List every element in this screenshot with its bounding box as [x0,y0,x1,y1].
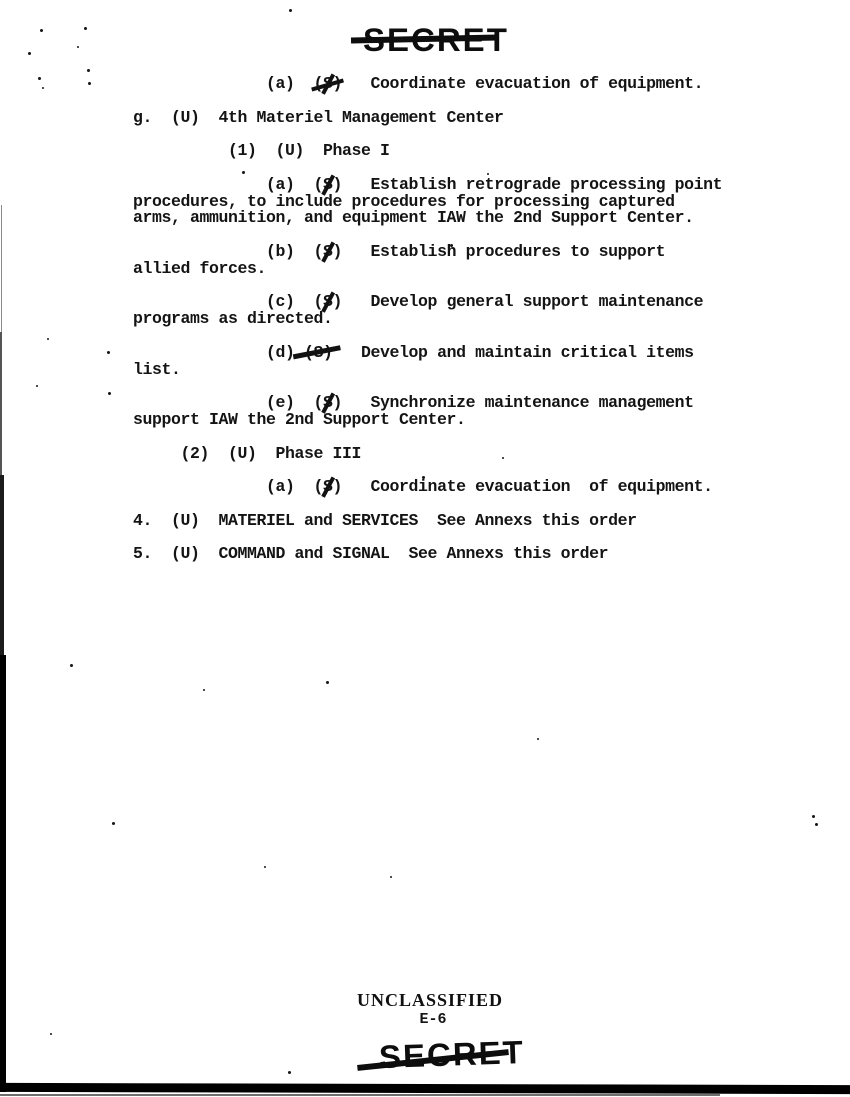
scan-edge-artifact [0,1094,720,1096]
text-segment: support IAW the 2nd Support Center. [133,410,466,429]
scan-noise-dot [38,77,41,80]
scan-noise-dot [108,392,111,395]
scan-noise-dot [242,171,245,174]
scan-noise-dot [42,87,44,89]
text-segment: (2) (U) Phase III [133,444,361,463]
text-segment: Coordinate evacuation of equipment. [342,477,713,496]
text-segment: 4. (U) MATERIEL and SERVICES See Annexs … [133,511,637,530]
document-line: (d) (S) Develop and maintain critical it… [133,345,830,362]
scan-noise-dot [487,173,489,175]
document-line: allied forces. [133,261,830,278]
text-segment: g. (U) 4th Materiel Management Center [133,108,504,127]
scan-noise-dot [40,29,43,32]
scan-edge-artifact [0,475,4,657]
scan-noise-dot [390,876,392,878]
scan-edge-artifact [0,655,6,1092]
struck-classification-marker: (S) [314,294,343,311]
text-segment: 5. (U) COMMAND and SIGNAL See Annexs thi… [133,544,608,563]
document-line: list. [133,362,830,379]
scan-noise-dot [502,457,504,459]
document-line: (1) (U) Phase I [133,143,830,160]
document-line: (a) (S) Coordinate evacuation of equipme… [133,479,830,496]
struck-classification-marker: (S) [314,479,343,496]
scan-noise-dot [288,1071,291,1074]
document-line: 4. (U) MATERIEL and SERVICES See Annexs … [133,513,830,530]
text-segment: (a) [133,74,314,93]
text-segment: programs as directed. [133,309,333,328]
scan-noise-dot [422,476,425,479]
struck-classification-marker: (S) [314,177,343,194]
document-line: support IAW the 2nd Support Center. [133,412,830,429]
scan-edge-artifact [1,205,2,335]
scan-noise-dot [537,738,539,740]
text-segment: arms, ammunition, and equipment IAW the … [133,208,694,227]
scan-noise-dot [326,681,329,684]
text-segment: Develop general support maintenance [342,292,703,311]
document-line: g. (U) 4th Materiel Management Center [133,110,830,127]
scan-noise-dot [84,27,87,30]
document-line: programs as directed. [133,311,830,328]
document-line: (a) (S) Coordinate evacuation of equipme… [133,76,830,93]
scan-noise-dot [289,9,292,12]
struck-classification-marker: (S) [314,76,343,93]
document-line: 5. (U) COMMAND and SIGNAL See Annexs thi… [133,546,830,563]
scan-noise-dot [77,46,79,48]
scan-noise-dot [47,338,49,340]
struck-classification-marker: (S) [304,345,333,362]
struck-classification-marker: (S) [314,395,343,412]
footer-classification-label: UNCLASSIFIED [0,990,850,1011]
scan-noise-dot [50,1033,52,1035]
text-segment: Develop and maintain critical items [333,343,694,362]
text-segment: (1) (U) Phase I [133,141,390,160]
scan-noise-dot [87,69,90,72]
footer-page-number: E-6 [0,1011,850,1028]
document-lines: (a) (S) Coordinate evacuation of equipme… [133,76,830,563]
document-line: arms, ammunition, and equipment IAW the … [133,210,830,227]
document-line: (2) (U) Phase III [133,446,830,463]
scan-edge-artifact [5,1083,850,1094]
struck-classification-marker: (S) [314,244,343,261]
scan-edge-artifact [0,332,2,477]
scan-noise-dot [28,52,31,55]
scan-noise-dot [264,866,266,868]
scan-noise-dot [36,385,38,387]
scan-noise-dot [88,82,91,85]
text-segment: Establish procedures to support [342,242,665,261]
text-segment: Coordinate evacuation of equipment. [342,74,703,93]
text-segment: allied forces. [133,259,266,278]
scan-noise-dot [450,244,453,247]
scan-noise-dot [815,823,818,826]
scan-noise-dot [112,822,115,825]
text-segment: (a) [133,477,314,496]
scan-noise-dot [203,689,205,691]
scan-noise-dot [107,351,110,354]
scanned-document-page: SECRET (a) (S) Coordinate evacuation of … [0,0,850,1097]
scan-noise-dot [812,815,815,818]
scan-noise-dot [70,664,73,667]
